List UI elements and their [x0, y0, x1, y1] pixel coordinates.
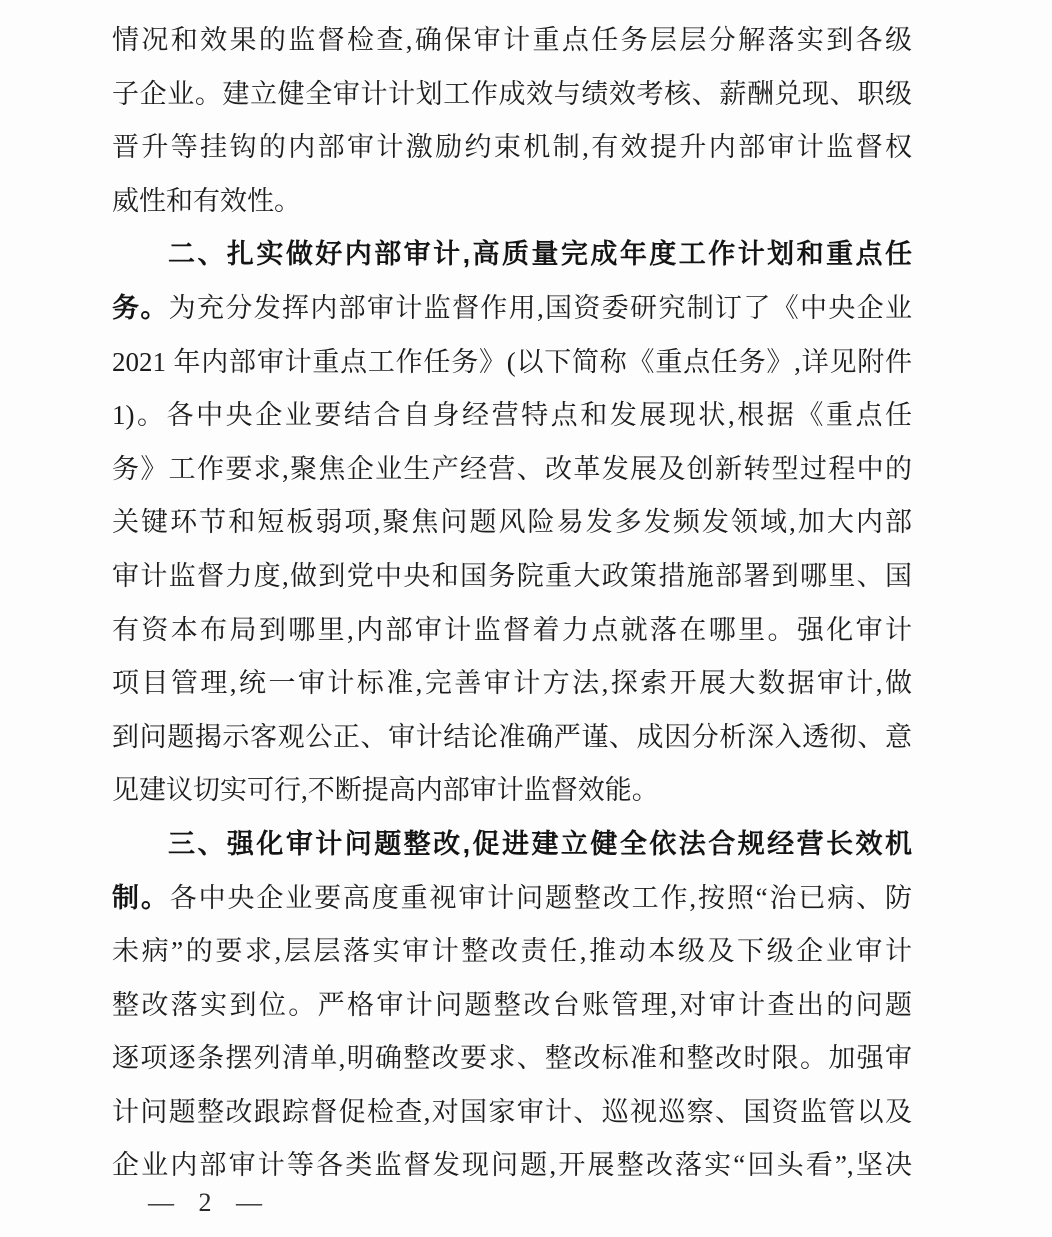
heading-text-segment: 制。 — [112, 883, 170, 913]
body-text-segment: 子企业。建立健全审计计划工作成效与绩效考核、薪酬兑现、职级 — [112, 79, 912, 109]
text-line: 未病”的要求,层层落实审计整改责任,推动本级及下级企业审计 — [112, 925, 912, 979]
text-line: 关键环节和短板弱项,聚焦问题风险易发多发频发领域,加大内部 — [112, 496, 912, 550]
body-text-segment: 各中央企业要高度重视审计问题整改工作,按照“治已病、防 — [170, 883, 912, 913]
text-line: 有资本布局到哪里,内部审计监督着力点就落在哪里。强化审计 — [112, 604, 912, 658]
text-line: 见建议切实可行,不断提高内部审计监督效能。 — [112, 764, 912, 818]
text-line: 晋升等挂钩的内部审计激励约束机制,有效提升内部审计监督权 — [112, 121, 912, 175]
text-line: 企业内部审计等各类监督发现问题,开展整改落实“回头看”,坚决 — [112, 1139, 912, 1193]
body-text-segment: 未病”的要求,层层落实审计整改责任,推动本级及下级企业审计 — [112, 936, 912, 966]
body-text-segment: 逐项逐条摆列清单,明确整改要求、整改标准和整改时限。加强审 — [112, 1043, 912, 1073]
body-text-segment: 整改落实到位。严格审计问题整改台账管理,对审计查出的问题 — [112, 990, 912, 1020]
body-text-segment: 到问题揭示客观公正、审计结论准确严谨、成因分析深入透彻、意 — [112, 722, 912, 752]
text-line: 威性和有效性。 — [112, 175, 912, 229]
document-body: 情况和效果的监督检查,确保审计重点任务层层分解落实到各级子企业。建立健全审计计划… — [112, 14, 912, 1193]
body-text-segment: 晋升等挂钩的内部审计激励约束机制,有效提升内部审计监督权 — [112, 132, 912, 162]
text-line: 二、扎实做好内部审计,高质量完成年度工作计划和重点任 — [112, 228, 912, 282]
text-line: 务。为充分发挥内部审计监督作用,国资委研究制订了《中央企业 — [112, 282, 912, 336]
body-text-segment: 项目管理,统一审计标准,完善审计方法,探索开展大数据审计,做 — [112, 668, 912, 698]
body-text-segment: 有资本布局到哪里,内部审计监督着力点就落在哪里。强化审计 — [112, 615, 912, 645]
text-line: 1)。各中央企业要结合自身经营特点和发展现状,根据《重点任 — [112, 389, 912, 443]
text-line: 审计监督力度,做到党中央和国务院重大政策措施部署到哪里、国 — [112, 550, 912, 604]
heading-text-segment: 二、扎实做好内部审计,高质量完成年度工作计划和重点任 — [168, 239, 912, 269]
body-text-segment: 计问题整改跟踪督促检查,对国家审计、巡视巡察、国资监管以及 — [112, 1097, 912, 1127]
text-line: 2021 年内部审计重点工作任务》(以下简称《重点任务》,详见附件 — [112, 336, 912, 390]
text-line: 情况和效果的监督检查,确保审计重点任务层层分解落实到各级 — [112, 14, 912, 68]
body-text-segment: 见建议切实可行,不断提高内部审计监督效能。 — [112, 775, 659, 805]
page-number: — 2 — — [148, 1188, 263, 1218]
heading-text-segment: 务。 — [112, 293, 169, 323]
text-line: 制。各中央企业要高度重视审计问题整改工作,按照“治已病、防 — [112, 872, 912, 926]
body-text-segment: 务》工作要求,聚焦企业生产经营、改革发展及创新转型过程中的 — [112, 454, 912, 484]
text-line: 项目管理,统一审计标准,完善审计方法,探索开展大数据审计,做 — [112, 657, 912, 711]
text-line: 三、强化审计问题整改,促进建立健全依法合规经营长效机 — [112, 818, 912, 872]
body-text-segment: 情况和效果的监督检查,确保审计重点任务层层分解落实到各级 — [112, 25, 912, 55]
body-text-segment: 企业内部审计等各类监督发现问题,开展整改落实“回头看”,坚决 — [112, 1150, 912, 1180]
body-text-segment: 威性和有效性。 — [112, 186, 301, 216]
document-page: 情况和效果的监督检查,确保审计重点任务层层分解落实到各级子企业。建立健全审计计划… — [0, 0, 1052, 1237]
body-text-segment: 2021 年内部审计重点工作任务》(以下简称《重点任务》,详见附件 — [112, 347, 912, 377]
body-text-segment: 为充分发挥内部审计监督作用,国资委研究制订了《中央企业 — [169, 293, 912, 323]
text-line: 逐项逐条摆列清单,明确整改要求、整改标准和整改时限。加强审 — [112, 1032, 912, 1086]
text-line: 计问题整改跟踪督促检查,对国家审计、巡视巡察、国资监管以及 — [112, 1086, 912, 1140]
body-text-segment: 关键环节和短板弱项,聚焦问题风险易发多发频发领域,加大内部 — [112, 507, 912, 537]
text-line: 务》工作要求,聚焦企业生产经营、改革发展及创新转型过程中的 — [112, 443, 912, 497]
text-line: 到问题揭示客观公正、审计结论准确严谨、成因分析深入透彻、意 — [112, 711, 912, 765]
text-line: 整改落实到位。严格审计问题整改台账管理,对审计查出的问题 — [112, 979, 912, 1033]
text-line: 子企业。建立健全审计计划工作成效与绩效考核、薪酬兑现、职级 — [112, 68, 912, 122]
heading-text-segment: 三、强化审计问题整改,促进建立健全依法合规经营长效机 — [168, 829, 912, 859]
body-text-segment: 1)。各中央企业要结合自身经营特点和发展现状,根据《重点任 — [112, 400, 912, 430]
body-text-segment: 审计监督力度,做到党中央和国务院重大政策措施部署到哪里、国 — [112, 561, 912, 591]
